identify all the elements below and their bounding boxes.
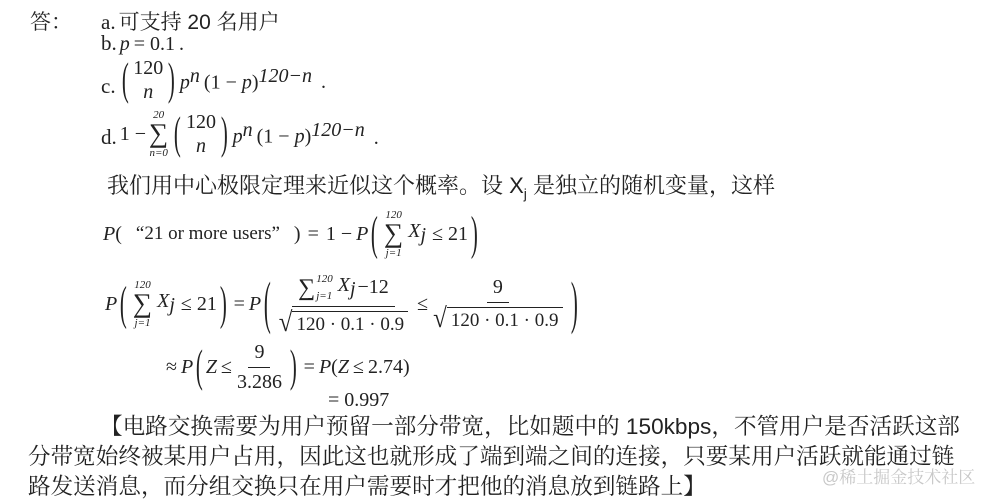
open-paren: ( <box>331 356 338 379</box>
close-paren: ) <box>294 223 301 246</box>
fraction-denominator: 3.286 <box>237 368 282 394</box>
summation-j: 120 ∑ j=1 <box>130 279 155 329</box>
binom-bottom: n <box>143 80 153 104</box>
fraction-denominator: √ 120 · 0.1 · 0.9 <box>433 303 562 332</box>
answer-label: 答： <box>30 6 72 36</box>
fraction-denominator: √ 120 · 0.1 · 0.9 <box>279 307 408 336</box>
binom-top: 120 <box>133 56 163 80</box>
one-minus: 1 − <box>326 223 352 246</box>
close-paren: ) <box>167 57 177 103</box>
z-value: 2.74 <box>368 356 403 379</box>
item-d: d. 1 − 20 ∑ n=0 ( 120 n ) pn (1 − p)120−… <box>101 105 379 163</box>
equals-sign: = <box>308 223 319 246</box>
normalization-formula: P ( 120 ∑ j=1 Xj ≤ 21 ) = P ( ∑ 120 j=1 … <box>105 266 580 342</box>
var-p: p <box>233 126 243 148</box>
open-paren: ( <box>173 111 183 157</box>
X-sub-j: Xj <box>338 274 356 301</box>
den-3286: 3.286 <box>237 371 282 394</box>
fraction-numerator: ∑ 120 j=1 Xj −12 <box>292 273 395 307</box>
sum-lower-limit: j=1 <box>135 317 151 329</box>
le-21: ≤ 21 <box>181 293 217 316</box>
sigma-symbol: ∑ <box>149 121 168 147</box>
note-line-1: 【电路交换需要为用户预留一部分带宽，比如题中的 150kbps，不管用户是否活跃… <box>100 409 960 441</box>
one-minus-p-power: (1 − p)120−n <box>204 65 312 94</box>
binomial-coefficient: 120 n <box>131 56 165 104</box>
period: . <box>321 71 326 94</box>
binomial-coefficient: 120 n <box>184 110 218 158</box>
close-paren: ) <box>403 356 410 379</box>
note-line-2: 分带宽始终被某用户占用，因此这也就形成了端到端之间的连接，只要某用户活跃就能通过… <box>28 439 954 471</box>
le-21: ≤ 21 <box>432 223 468 246</box>
var-Z: Z <box>206 356 217 379</box>
exponent-120-n: 120−n <box>259 65 313 87</box>
open-paren: ( <box>118 280 128 328</box>
close-paren: ) <box>252 72 259 94</box>
sigma-symbol: ∑ <box>298 276 315 300</box>
open-paren: ( <box>115 223 122 246</box>
sum-lower-limit: j=1 <box>386 247 402 259</box>
period: . <box>374 127 379 150</box>
close-paren: ) <box>218 280 228 328</box>
open-one-minus: (1 − <box>257 126 295 148</box>
z-bound-fraction: 9 3.286 <box>237 341 282 394</box>
sum-limits: 120 j=1 <box>316 273 333 303</box>
radical-symbol: √ <box>433 305 447 333</box>
var-P: P <box>105 293 117 316</box>
clt-text-after: 是独立的随机变量，这样 <box>527 173 775 198</box>
sigma-symbol: ∑ <box>384 221 403 247</box>
le-sign: ≤ <box>353 356 364 379</box>
sum-upper-limit: 120 <box>316 273 333 285</box>
prob-21-users-line: P ( “21 or more users” ) = 1 − P ( 120 ∑… <box>103 207 481 261</box>
one-minus: 1 − <box>120 123 146 146</box>
subscript-j: j <box>169 295 175 317</box>
radicand: 120 · 0.1 · 0.9 <box>447 307 563 332</box>
approx-sign: ≈ <box>166 356 177 379</box>
open-paren: ( <box>370 210 380 258</box>
equals-sign: = <box>304 356 315 379</box>
sigma-symbol: ∑ <box>133 291 152 317</box>
radicand: 120 · 0.1 · 0.9 <box>292 311 408 336</box>
standardized-sum-fraction: ∑ 120 j=1 Xj −12 √ 120 · 0.1 · 0.9 <box>279 273 408 336</box>
var-P: P <box>181 356 193 379</box>
exponent-n: n <box>190 65 200 87</box>
var-p: p <box>242 72 252 94</box>
watermark: @稀土掘金技术社区 <box>822 463 975 488</box>
item-d-label: d. <box>101 125 117 150</box>
exponent-120-n: 120−n <box>311 119 365 141</box>
square-root: √ 120 · 0.1 · 0.9 <box>279 310 408 336</box>
item-c-label: c. <box>101 74 116 99</box>
open-paren: ( <box>120 57 130 103</box>
X-sub-j: Xj <box>157 290 175 317</box>
one-minus-p-power: (1 − p)120−n <box>257 119 365 148</box>
fraction-numerator: 9 <box>487 276 509 303</box>
approximation-line: ≈ P ( Z ≤ 9 3.286 ) = P ( Z ≤ 2.74 ) <box>166 343 410 391</box>
var-P: P <box>103 223 115 246</box>
nine: 9 <box>493 276 503 299</box>
item-c: c. ( 120 n ) pn (1 − p)120−n . <box>101 53 326 107</box>
nine: 9 <box>254 341 264 364</box>
radical-symbol: √ <box>279 308 293 336</box>
var-X: X <box>408 220 420 242</box>
subscript-j: j <box>350 278 356 300</box>
le-sign: ≤ <box>417 293 428 316</box>
var-p: p <box>295 126 305 148</box>
p-power-n: pn <box>180 65 200 94</box>
fraction-numerator: 9 <box>248 341 270 368</box>
equals-sign: = <box>234 293 245 316</box>
X-sub-j: Xj <box>408 220 426 247</box>
var-X: X <box>338 274 350 296</box>
open-paren: ( <box>262 275 272 334</box>
var-P: P <box>356 223 368 246</box>
var-X: X <box>157 290 169 312</box>
binom-bottom: n <box>196 134 206 158</box>
p-power-n: pn <box>233 119 253 148</box>
sum-lower-limit: j=1 <box>316 290 333 302</box>
minus-12: −12 <box>358 276 389 299</box>
open-one-minus: (1 − <box>204 72 242 94</box>
close-paren: ) <box>569 275 579 334</box>
close-paren: ) <box>469 210 479 258</box>
square-root: √ 120 · 0.1 · 0.9 <box>433 306 562 332</box>
clt-paragraph: 我们用中心极限定理来近似这个概率。设 Xj 是独立的随机变量，这样 <box>107 169 775 201</box>
summation-n: 20 ∑ n=0 <box>146 109 171 159</box>
le-sign: ≤ <box>221 356 232 379</box>
clt-text-before: 我们用中心极限定理来近似这个概率。设 X <box>107 173 524 198</box>
quoted-21-or-more-users: “21 or more users” <box>136 223 280 245</box>
sum-lower-limit: n=0 <box>149 147 167 159</box>
close-paren: ) <box>219 111 229 157</box>
close-paren: ) <box>288 344 298 390</box>
subscript-j: j <box>421 225 427 247</box>
var-P: P <box>249 293 261 316</box>
document-page: 答： a.可支持 20 名用户 b. p = 0.1 . c. ( 120 n … <box>0 0 999 501</box>
binom-top: 120 <box>186 110 216 134</box>
exponent-n: n <box>243 119 253 141</box>
bound-fraction: 9 √ 120 · 0.1 · 0.9 <box>433 276 562 332</box>
var-p: p <box>180 72 190 94</box>
summation-j: 120 ∑ j=1 <box>381 209 406 259</box>
note-line-3: 路发送消息，而分组交换只在用户需要时才把他的消息放到链路上】 <box>28 469 706 501</box>
var-P: P <box>319 356 331 379</box>
var-Z: Z <box>338 356 349 379</box>
open-paren: ( <box>194 344 204 390</box>
